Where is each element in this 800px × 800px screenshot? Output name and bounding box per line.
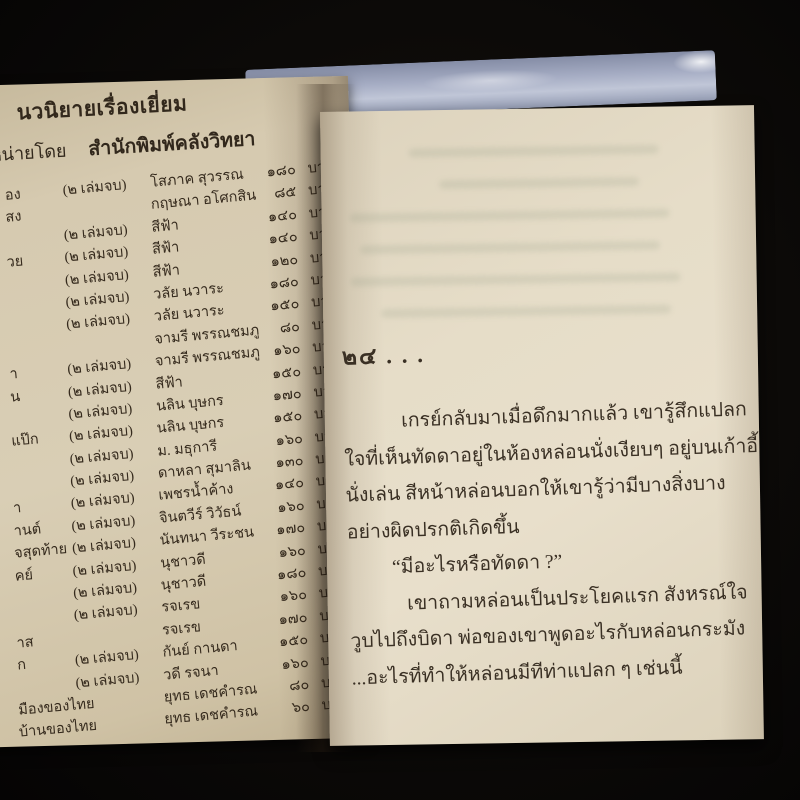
book-title-fragment bbox=[16, 620, 74, 625]
book-title-fragment bbox=[8, 284, 66, 289]
publisher-name: สำนักพิมพ์คลังวิทยา bbox=[88, 129, 256, 160]
book-title-fragment bbox=[13, 486, 71, 491]
price-value: ๑๔๐ bbox=[263, 225, 299, 251]
distributor-prefix: หน่ายโดย bbox=[0, 141, 67, 166]
show-through-line bbox=[381, 305, 671, 319]
show-through-line bbox=[351, 272, 681, 286]
paragraph: เขาถามหล่อนเป็นประโยคแรก สังหรณ์ใจวูบไปถ… bbox=[349, 577, 700, 698]
book-title-fragment bbox=[9, 329, 67, 334]
book-title-fragment bbox=[18, 687, 76, 692]
right-page: ๒๔ . . . เกรย์กลับมาเมื่อดึกมากแล้ว เขาร… bbox=[320, 105, 764, 746]
show-through-line bbox=[439, 177, 639, 189]
body-text: เกรย์กลับมาเมื่อดึกมากแล้ว เขารู้สึกแปลก… bbox=[343, 394, 700, 697]
right-page-content: ๒๔ . . . เกรย์กลับมาเมื่อดึกมากแล้ว เขาร… bbox=[342, 334, 696, 697]
book-title-fragment bbox=[11, 419, 69, 424]
show-through-line bbox=[360, 241, 660, 255]
show-through-line bbox=[409, 145, 659, 158]
open-book-photo: นวนิยายเรื่องเยี่ยม หน่ายโดยสำนักพิมพ์คล… bbox=[0, 0, 800, 800]
book-title-fragment bbox=[8, 307, 66, 312]
book-title-fragment bbox=[16, 598, 74, 603]
show-through-line bbox=[350, 209, 670, 223]
book-title-fragment bbox=[12, 463, 70, 468]
paragraph: เกรย์กลับมาเมื่อดึกมากแล้ว เขารู้สึกแปลก… bbox=[343, 394, 696, 551]
book-title-fragment bbox=[6, 239, 64, 244]
